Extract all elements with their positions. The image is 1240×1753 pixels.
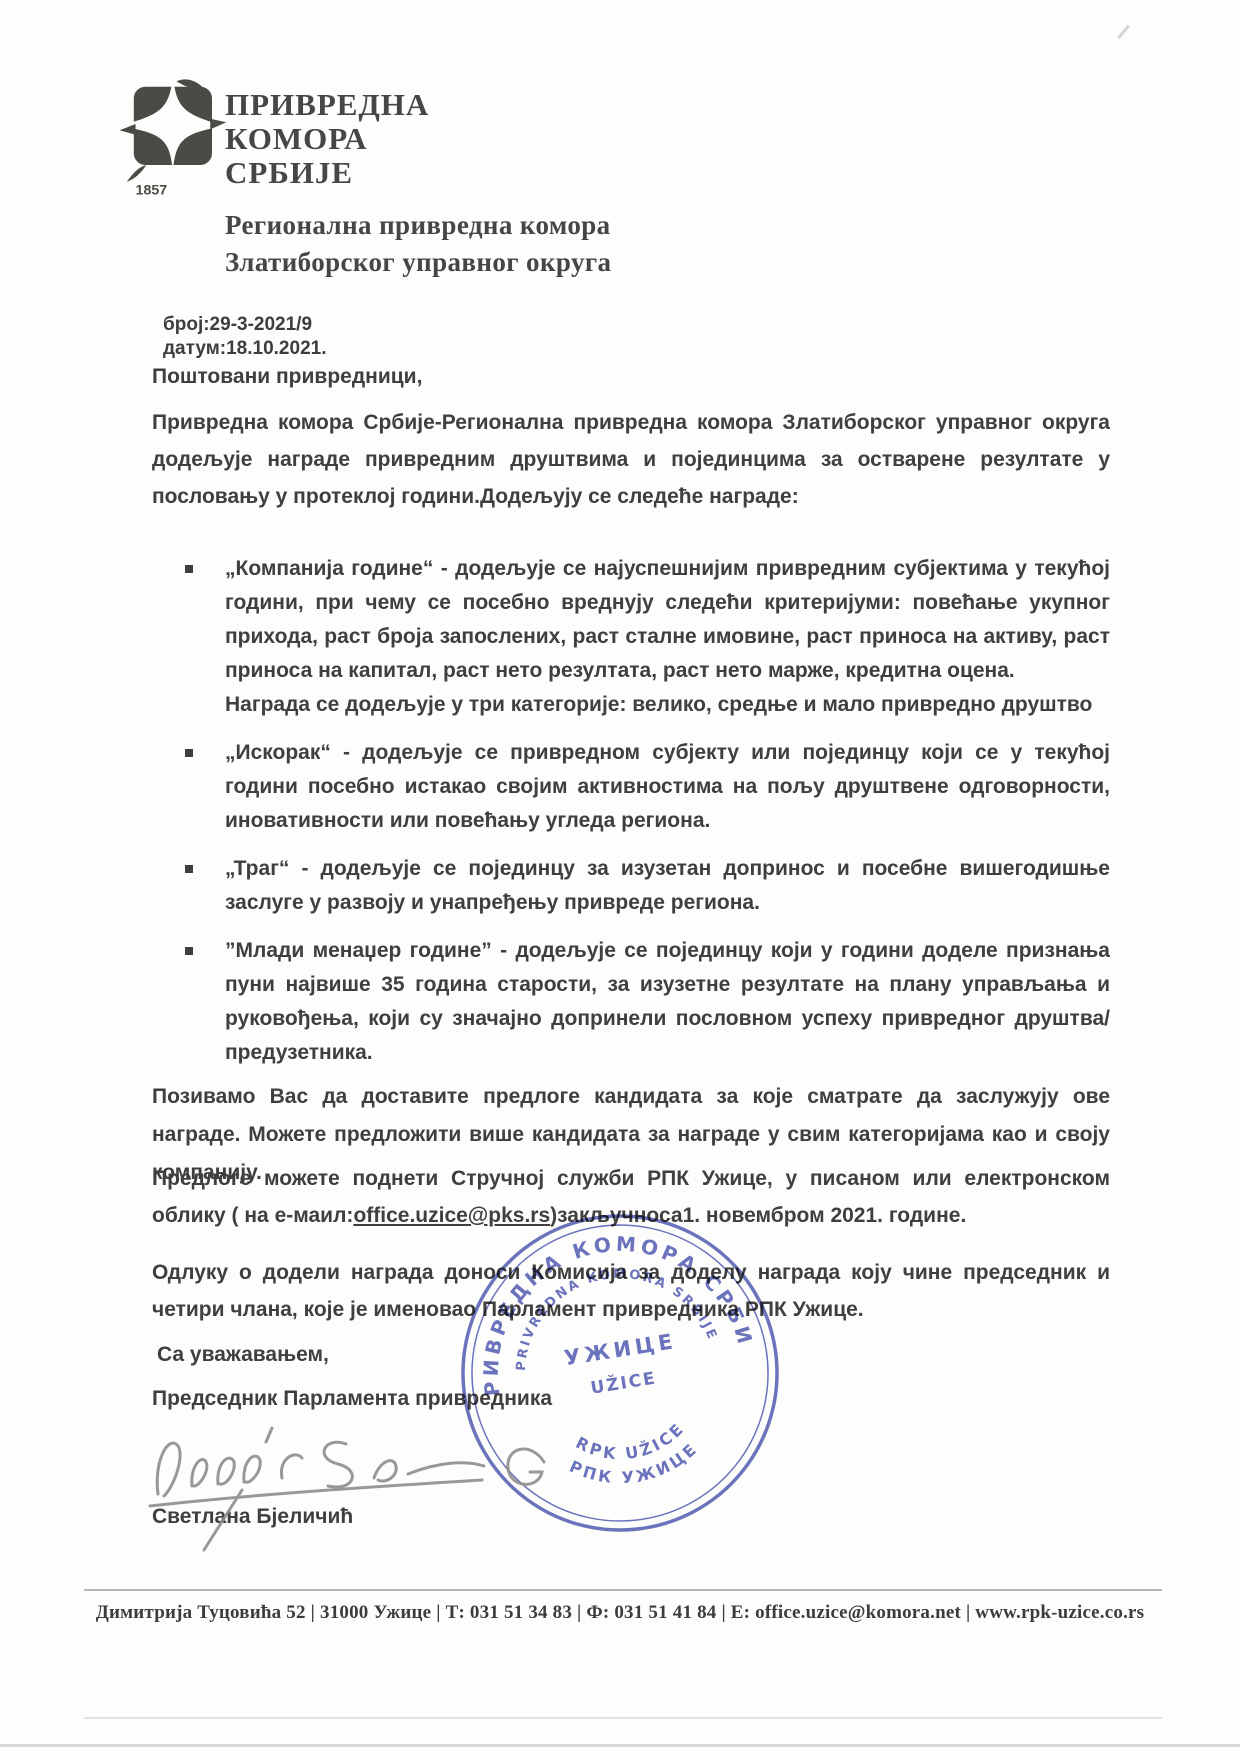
pks-logo: 1857 <box>116 76 228 197</box>
footer-rule <box>84 1589 1162 1591</box>
awards-list: „Компанија године“ - додељује се најуспе… <box>152 552 1110 1084</box>
scanned-letter-page: 1857 ПРИВРЕДНА КОМОРА СРБИЈЕ Регионална … <box>0 0 1240 1753</box>
logo-bottom-curl <box>127 165 147 182</box>
stamp-city-cyrillic: УЖИЦЕ <box>563 1329 679 1370</box>
bullet-square-icon <box>185 749 193 757</box>
award-title: „Компанија године“ <box>225 557 433 580</box>
intro-paragraph: Привредна комора Србије-Регионална привр… <box>152 404 1110 515</box>
org-name-line: ПРИВРЕДНА <box>225 88 429 122</box>
award-item: „Искорак“ - додељује се привредном субје… <box>152 736 1110 838</box>
bullet-square-icon <box>185 947 193 955</box>
bullet-square-icon <box>185 565 193 573</box>
regional-chamber-block: Регионална привредна комора Златиборског… <box>225 207 611 281</box>
handwritten-signature <box>146 1398 666 1568</box>
org-name-block: ПРИВРЕДНА КОМОРА СРБИЈЕ <box>225 88 429 190</box>
award-text: - додељује се појединцу за изузетан допр… <box>225 857 1110 914</box>
stamp-city-latin: UŽICE <box>589 1366 658 1398</box>
award-title: ”Млади менаџер године” <box>225 939 492 962</box>
logo-year: 1857 <box>136 182 168 197</box>
doc-number: број:29-3-2021/9 <box>163 313 326 337</box>
award-item: „Компанија године“ - додељује се најуспе… <box>152 552 1110 722</box>
scan-artifact-line <box>84 1717 1162 1719</box>
award-text: - додељује се привредном субјекту или по… <box>225 741 1110 832</box>
bullet-square-icon <box>185 865 193 873</box>
award-title: „Траг“ <box>225 857 289 880</box>
scan-artifact-tick <box>1117 25 1130 39</box>
doc-meta: број:29-3-2021/9 датум:18.10.2021. <box>163 313 326 361</box>
page-bottom-edge <box>0 1744 1240 1747</box>
footer-contact-line: Димитрија Туцовића 52 | 31000 Ужице | Т:… <box>0 1602 1240 1624</box>
org-name-line: СРБИЈЕ <box>225 156 429 190</box>
logo-right-point <box>210 119 226 130</box>
closing-regards: Са уважавањем, <box>157 1336 329 1373</box>
salutation: Поштовани привредници, <box>152 358 422 395</box>
award-title: „Искорак“ <box>225 741 331 764</box>
award-item: „Траг“ - додељује се појединцу за изузет… <box>152 852 1110 920</box>
regional-line: Регионална привредна комора <box>225 207 611 244</box>
award-note: Награда се додељује у три категорије: ве… <box>225 688 1110 722</box>
org-name-line: КОМОРА <box>225 122 429 156</box>
regional-line: Златиборског управног округа <box>225 244 611 281</box>
award-item: ”Млади менаџер године” - додељује се пој… <box>152 934 1110 1070</box>
